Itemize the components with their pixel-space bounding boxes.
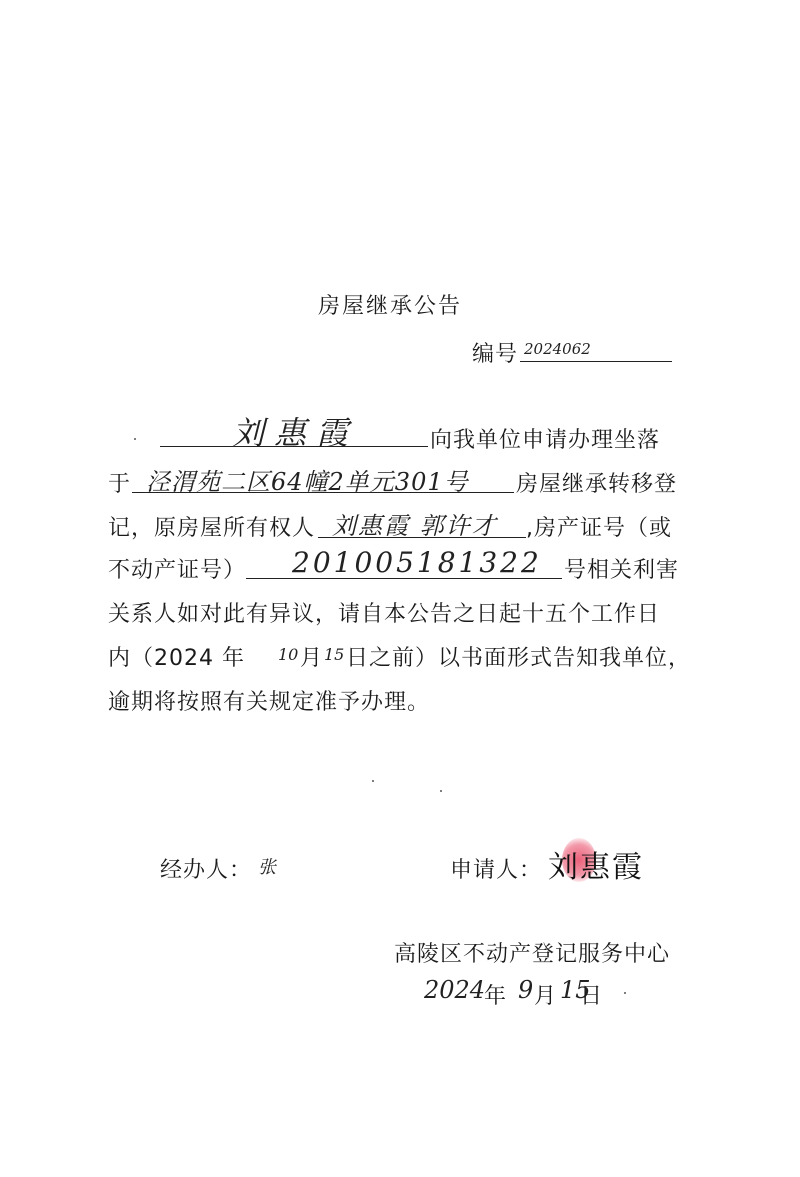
line5-text: 关系人如对此有异议，请自本公告之日起十五个工作日: [108, 597, 660, 628]
line3-suffix: ,房产证号（或: [526, 511, 672, 542]
line6-suffix: 日之前）以书面形式告知我单位，: [346, 641, 691, 672]
scan-speck: [440, 790, 442, 792]
line6-month-unit: 月: [300, 641, 323, 672]
line4-suffix: 号相关利害: [564, 553, 679, 584]
number-label: 编号: [472, 337, 518, 368]
deadline-month-handwritten: 10: [278, 645, 298, 664]
line2-suffix: 房屋继承转移登: [516, 467, 677, 498]
number-value: 2024062: [524, 340, 591, 358]
organization-name: 高陵区不动产登记服务中心: [394, 937, 670, 968]
line3-prefix: 记，原房屋所有权人: [108, 511, 315, 542]
line2-prefix: 于: [108, 467, 131, 498]
line7-text: 逾期将按照有关规定准予办理。: [108, 685, 430, 716]
applicant-signature: 刘惠霞: [548, 842, 644, 886]
date-day-unit: 日: [580, 979, 603, 1010]
date-month-handwritten: 9: [518, 976, 533, 1004]
scan-speck: [372, 780, 374, 782]
applicant-label: 申请人：: [450, 853, 542, 884]
handler-signature: 张: [258, 853, 276, 879]
date-year-unit: 年: [484, 979, 507, 1010]
applicant-name-handwritten: 刘惠霞: [232, 408, 358, 454]
property-address-handwritten: 泾渭苑二区64幢2单元301号: [146, 462, 469, 497]
notice-title: 房屋继承公告: [318, 289, 462, 320]
certificate-number-handwritten: 201005181322: [292, 546, 542, 579]
date-month-unit: 月: [534, 979, 557, 1010]
scan-speck: [134, 438, 136, 440]
line6-prefix: 内（2024 年: [108, 641, 245, 672]
deadline-day-handwritten: 15: [324, 645, 344, 664]
handler-label: 经办人：: [160, 853, 252, 884]
original-owners-handwritten: 刘惠霞 郭许才: [332, 506, 498, 541]
scan-speck: [624, 992, 626, 994]
line1-text: 向我单位申请办理坐落: [430, 423, 660, 454]
date-year-handwritten: 2024: [424, 976, 485, 1004]
number-underline: [520, 361, 672, 362]
line4-prefix: 不动产证号）: [108, 553, 246, 584]
